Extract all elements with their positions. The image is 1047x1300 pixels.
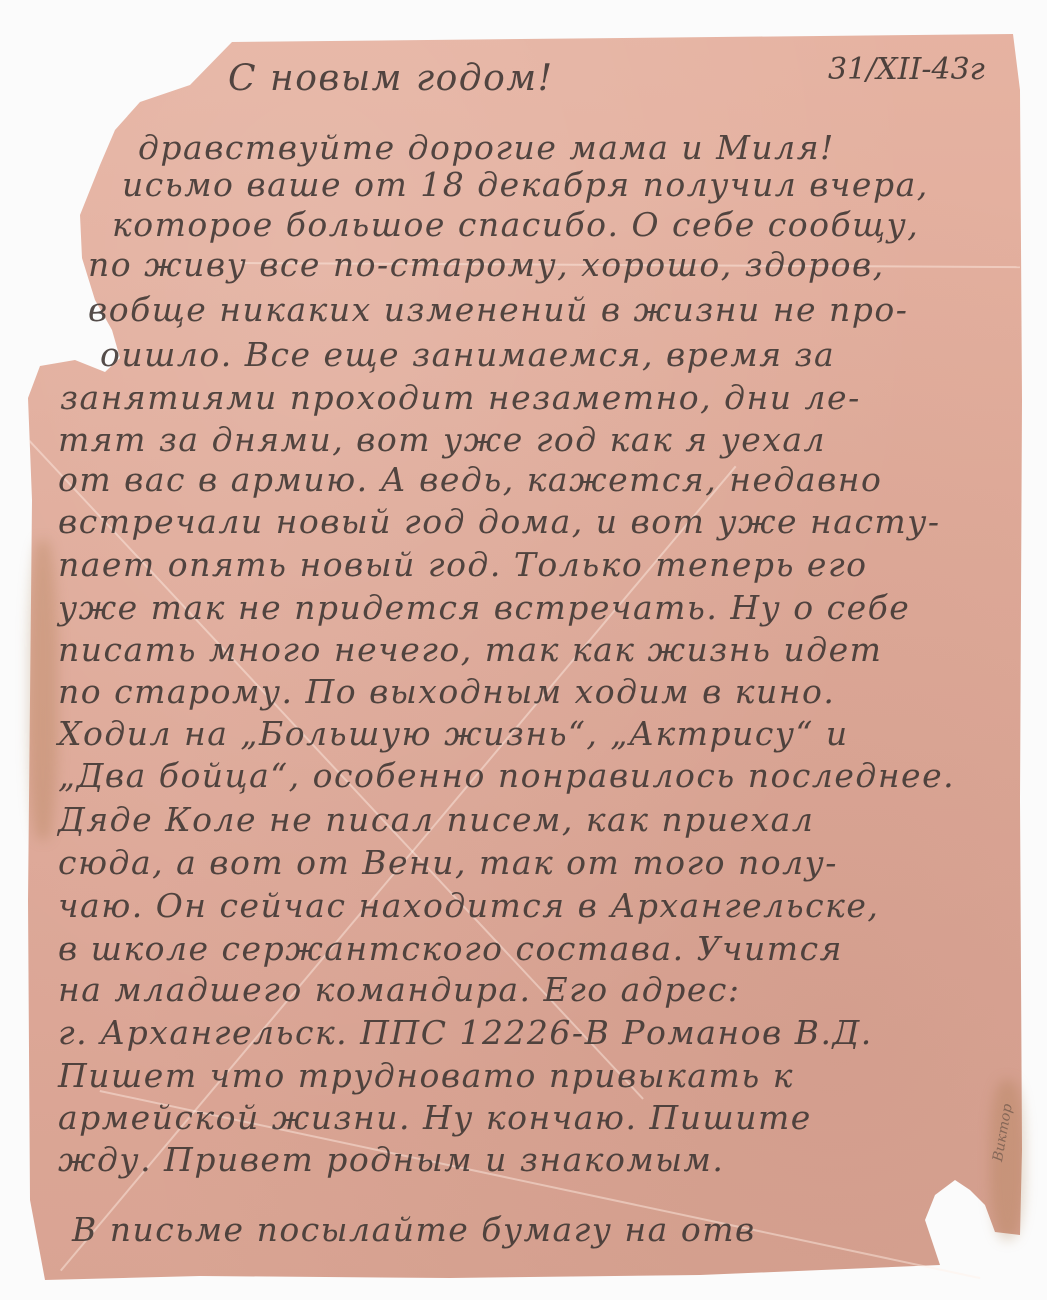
- letter-line: по старому. По выходным ходим в кино.: [58, 672, 835, 711]
- letter-line: „Два бойца“, особенно понравилось послед…: [58, 756, 955, 795]
- letter-line: чаю. Он сейчас находится в Архангельске,: [58, 886, 879, 925]
- letter-line: по живу все по-старому, хорошо, здоров,: [88, 245, 885, 284]
- letter-date: 31/XII-43г: [828, 52, 985, 87]
- letter-line: оишло. Все еще занимаемся, время за: [100, 335, 835, 374]
- letter-line: сюда, а вот от Вени, так от того полу-: [58, 843, 838, 882]
- letter-line: встречали новый год дома, и вот уже наст…: [58, 502, 941, 541]
- letter-line: исьмо ваше от 18 декабря получил вчера,: [122, 165, 929, 204]
- letter-line: В письме посылайте бумагу на отв: [72, 1210, 756, 1249]
- letter-line: Дяде Коле не писал писем, как приехал: [58, 800, 814, 839]
- letter-line: занятиями проходит незаметно, дни ле-: [60, 378, 861, 417]
- letter-line: жду. Привет родным и знакомым.: [58, 1140, 724, 1179]
- letter-line: уже так не придется встречать. Ну о себе: [58, 588, 910, 627]
- letter-line: тят за днями, вот уже год как я уехал: [58, 420, 826, 459]
- letter-line: армейской жизни. Ну кончаю. Пишите: [58, 1098, 812, 1137]
- letter-line: Ходил на „Большую жизнь“, „Актрису“ и: [58, 714, 849, 753]
- letter-line: Пишет что трудновато привыкать к: [58, 1056, 794, 1095]
- letter-line: г. Архангельск. ППС 12226-В Романов В.Д.: [58, 1013, 873, 1052]
- edge-stain: [28, 540, 58, 840]
- letter-line: на младшего командира. Его адрес:: [58, 970, 740, 1009]
- letter-sheet: 31/XII-43г С новым годом! дравствуйте до…: [0, 0, 1047, 1300]
- letter-line: дравствуйте дорогие мама и Миля!: [138, 128, 835, 167]
- letter-line: пает опять новый год. Только теперь его: [58, 545, 868, 584]
- letter-line: вобще никаких изменений в жизни не про-: [88, 290, 908, 329]
- letter-line: писать много нечего, так как жизнь идет: [58, 630, 882, 669]
- letter-line: в школе сержантского состава. Учится: [58, 929, 843, 968]
- greeting-heading: С новым годом!: [228, 58, 554, 99]
- letter-line: от вас в армию. А ведь, кажется, недавно: [58, 460, 882, 499]
- letter-line: которое большое спасибо. О себе сообщу,: [112, 205, 919, 244]
